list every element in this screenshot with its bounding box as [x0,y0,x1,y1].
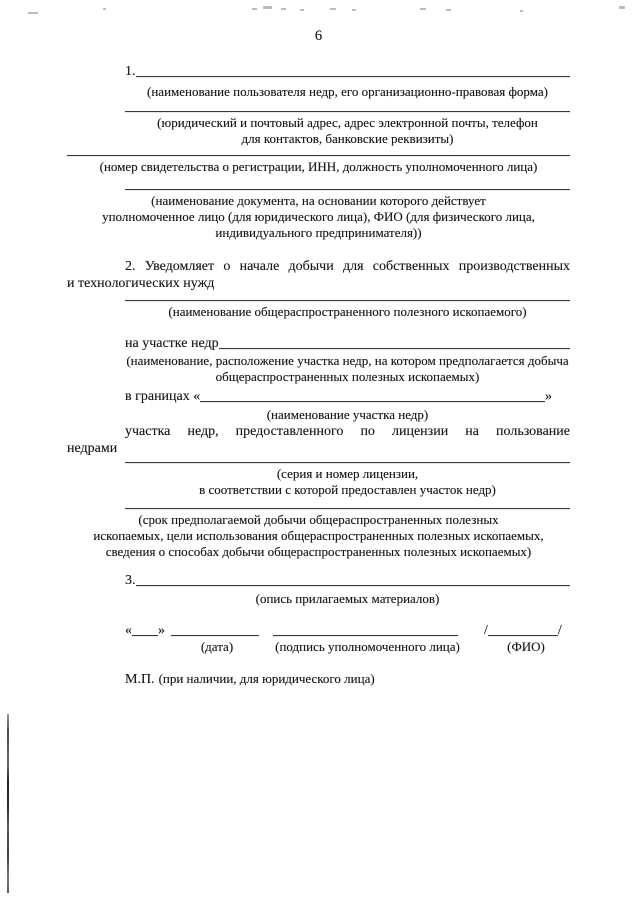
caption-term-line3: сведения о способах добычи общераспростр… [67,544,570,560]
license-paragraph-line1: участка недр, предоставленного по лиценз… [67,423,570,440]
blank-date [171,635,259,636]
caption-date: (дата) [173,639,261,655]
caption-address-line2: для контактов, банковские реквизиты) [125,131,570,147]
field-subsoil-user: 1. [125,63,570,80]
blank-line-site [219,348,570,349]
name-slash-right: / [558,622,562,639]
license-paragraph-line2: недрами [67,440,570,457]
blank-day [132,635,158,636]
document-page: 6 1. (наименование пользователя недр, ег… [0,0,640,905]
caption-materials: (опись прилагаемых материалов) [125,591,570,607]
caption-name: (ФИО) [486,639,566,655]
caption-subsoil-user: (наименование пользователя недр, его орг… [125,84,570,100]
blank-line-document [125,189,570,190]
blank-line-mineral [125,300,570,301]
name-slash-left: / [484,622,488,639]
bounds-label: в границах « [125,388,200,405]
date-close-quote: » [158,622,165,639]
signature-captions-row: (дата) (подпись уполномоченного лица) (Ф… [125,639,570,655]
caption-license: (серия и номер лицензии, в соответствии … [67,466,570,498]
caption-term-line1: (срок предполагаемой добычи общераспрост… [67,512,570,528]
blank-line-subsoil-user [136,76,571,77]
item-2-paragraph-line1: 2. Уведомляет о начале добычи для собств… [67,258,570,275]
blank-line-term [125,508,570,509]
caption-license-line1: (серия и номер лицензии, [125,466,570,482]
blank-line-materials [136,585,571,586]
item-2-paragraph-line2: и технологических нужд [67,275,570,292]
page-number: 6 [67,28,570,44]
caption-document-line2: уполномоченное лицо (для юридического ли… [67,209,570,225]
caption-bounds: (наименование участка недр) [125,407,570,423]
blank-line-registration [67,155,570,156]
field-materials: 3. [125,572,570,589]
caption-document-line1: (наименование документа, на основании ко… [67,193,570,209]
seal-note: (при наличии, для юридического лица) [159,671,375,686]
caption-term: (срок предполагаемой добычи общераспрост… [67,512,570,560]
caption-term-line2: ископаемых, цели использования общераспр… [67,528,570,544]
caption-site: (наименование, расположение участка недр… [67,353,570,385]
caption-site-line2: общераспространенных полезных ископаемых… [125,369,570,385]
blank-signature [273,635,458,636]
caption-registration: (номер свидетельства о регистрации, ИНН,… [67,159,570,175]
blank-line-bounds [200,401,545,402]
caption-mineral: (наименование общераспространенного поле… [125,304,570,320]
field-bounds: в границах « » [125,388,552,405]
caption-address: (юридический и почтовый адрес, адрес эле… [67,115,570,147]
blank-line-license [125,462,570,463]
form-content: 6 1. (наименование пользователя недр, ег… [0,0,640,688]
bounds-close-quote: » [545,388,552,405]
scan-artifact-vertical-line [7,714,9,893]
caption-signature: (подпись уполномоченного лица) [275,639,460,655]
item-1-number: 1. [125,63,136,80]
caption-document-line3: индивидуального предпринимателя)) [67,225,570,241]
seal-label: М.П. [125,672,155,687]
caption-document: (наименование документа, на основании ко… [67,193,570,241]
blank-line-address [125,111,570,112]
caption-license-line2: в соответствии с которой предоставлен уч… [125,482,570,498]
field-site: на участке недр [125,335,570,352]
signature-row: « » / / [125,622,570,639]
seal-row: М.П.(при наличии, для юридического лица) [125,670,570,688]
caption-site-line1: (наименование, расположение участка недр… [125,353,570,369]
date-open-quote: « [125,622,132,639]
site-label: на участке недр [125,335,219,352]
blank-name [488,635,558,636]
caption-address-line1: (юридический и почтовый адрес, адрес эле… [125,115,570,131]
item-3-number: 3. [125,572,136,589]
